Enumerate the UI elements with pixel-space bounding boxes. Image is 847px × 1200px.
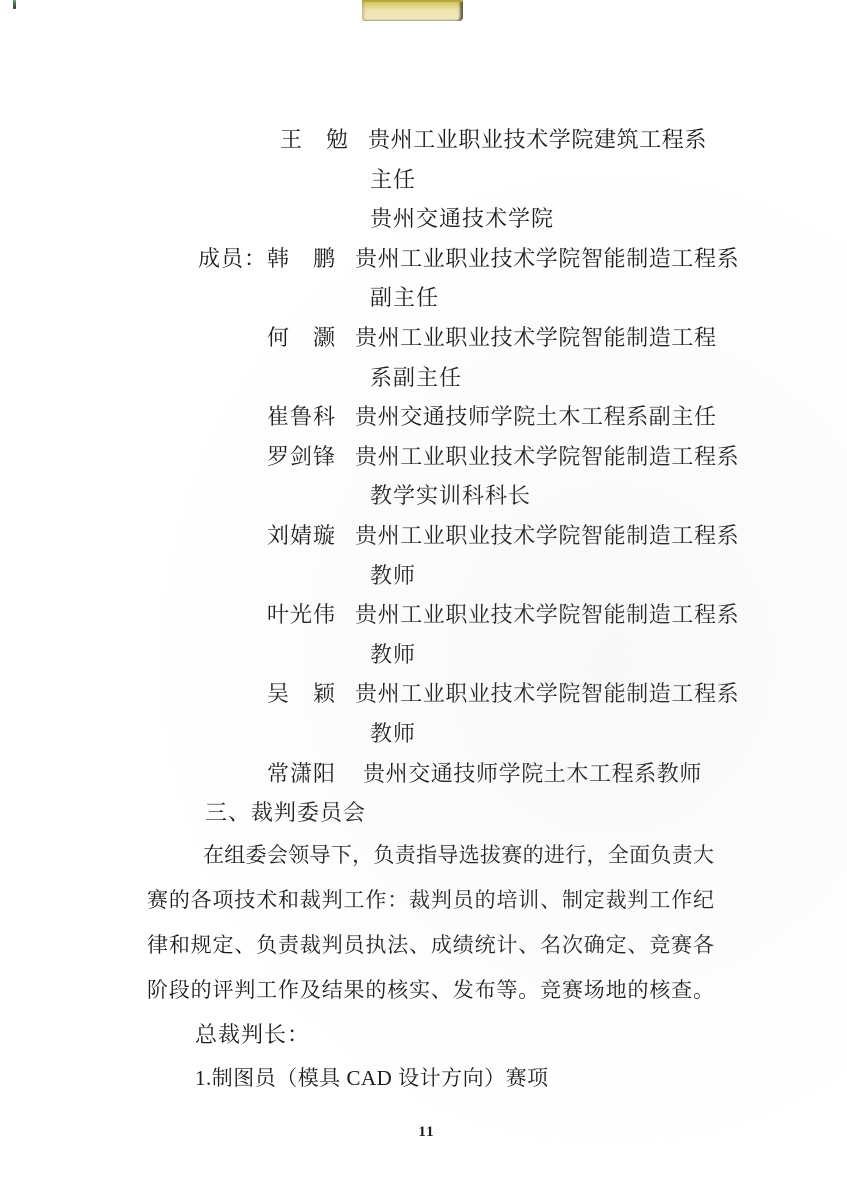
member-affiliation: 贵州工业职业技术学院建筑工程系 <box>368 120 707 160</box>
member-affiliation: 贵州交通技术学院 <box>370 199 554 239</box>
paragraph-line: 律和规定、负责裁判员执法、成绩统计、名次确定、竞赛各 <box>147 923 714 968</box>
roster-line: 教师 <box>0 714 847 754</box>
member-affiliation: 贵州工业职业技术学院智能制造工程系 <box>355 674 739 714</box>
member-affiliation: 贵州交通技师学院土木工程系副主任 <box>355 397 717 437</box>
roster-line: 教师 <box>0 635 847 675</box>
member-title: 副主任 <box>370 278 439 318</box>
member-name: 王 勉 <box>280 120 349 160</box>
roster-line: 刘婧璇 贵州工业职业技术学院智能制造工程系 <box>0 516 847 556</box>
section-heading: 三、裁判委员会 <box>147 793 714 833</box>
members-label: 成员： <box>198 239 267 279</box>
roster-line: 教师 <box>0 556 847 596</box>
member-name: 何 灏 <box>267 318 336 358</box>
chief-referee-label: 总裁判长： <box>147 1013 714 1057</box>
member-title: 教学实训科科长 <box>370 476 531 516</box>
member-affiliation: 贵州工业职业技术学院智能制造工程系 <box>355 437 739 477</box>
member-name: 吴 颖 <box>267 674 336 714</box>
scan-tab-artifact <box>362 0 463 21</box>
member-affiliation: 贵州工业职业技术学院智能制造工程系 <box>355 239 739 279</box>
member-title: 主任 <box>370 160 416 200</box>
roster-line: 王 勉 贵州工业职业技术学院建筑工程系 <box>0 120 847 160</box>
member-name: 韩 鹏 <box>267 239 336 279</box>
roster-line: 何 灏 贵州工业职业技术学院智能制造工程 <box>0 318 847 358</box>
member-name: 叶光伟 <box>267 595 336 635</box>
paragraph-line: 在组委会领导下，负责指导选拔赛的进行，全面负责大 <box>147 833 714 878</box>
committee-roster: 王 勉 贵州工业职业技术学院建筑工程系 主任 贵州交通技术学院 成员： 韩 鹏 … <box>0 120 847 793</box>
referee-committee-section: 三、裁判委员会 在组委会领导下，负责指导选拔赛的进行，全面负责大 赛的各项技术和… <box>147 793 714 1100</box>
member-affiliation: 贵州交通技师学院土木工程系教师 <box>363 754 702 794</box>
member-name: 常潇阳 <box>267 754 336 794</box>
roster-line: 吴 颖 贵州工业职业技术学院智能制造工程系 <box>0 674 847 714</box>
roster-line: 副主任 <box>0 278 847 318</box>
roster-line: 主任 <box>0 160 847 200</box>
event-item: 1.制图员（模具 CAD 设计方向）赛项 <box>147 1057 714 1100</box>
member-affiliation: 贵州工业职业技术学院智能制造工程系 <box>355 595 739 635</box>
member-name: 崔鲁科 <box>267 397 336 437</box>
member-title: 系副主任 <box>370 358 462 398</box>
roster-line: 崔鲁科 贵州交通技师学院土木工程系副主任 <box>0 397 847 437</box>
roster-line: 叶光伟 贵州工业职业技术学院智能制造工程系 <box>0 595 847 635</box>
roster-line: 罗剑锋 贵州工业职业技术学院智能制造工程系 <box>0 437 847 477</box>
member-name: 罗剑锋 <box>267 437 336 477</box>
roster-line: 系副主任 <box>0 358 847 398</box>
roster-line: 常潇阳 贵州交通技师学院土木工程系教师 <box>0 754 847 794</box>
paragraph-line: 赛的各项技术和裁判工作：裁判员的培训、制定裁判工作纪 <box>147 878 714 923</box>
member-affiliation: 贵州工业职业技术学院智能制造工程系 <box>355 516 739 556</box>
member-affiliation: 贵州工业职业技术学院智能制造工程 <box>355 318 717 358</box>
scan-mark-artifact <box>13 0 16 9</box>
page-number: 11 <box>0 1124 847 1141</box>
member-title: 教师 <box>370 714 416 754</box>
member-name: 刘婧璇 <box>267 516 336 556</box>
roster-line: 教学实训科科长 <box>0 476 847 516</box>
roster-line: 贵州交通技术学院 <box>0 199 847 239</box>
roster-line: 成员： 韩 鹏 贵州工业职业技术学院智能制造工程系 <box>0 239 847 279</box>
member-title: 教师 <box>370 556 416 596</box>
document-page: 王 勉 贵州工业职业技术学院建筑工程系 主任 贵州交通技术学院 成员： 韩 鹏 … <box>0 0 847 1200</box>
paragraph-line: 阶段的评判工作及结果的核实、发布等。竞赛场地的核查。 <box>147 968 714 1013</box>
member-title: 教师 <box>370 635 416 675</box>
